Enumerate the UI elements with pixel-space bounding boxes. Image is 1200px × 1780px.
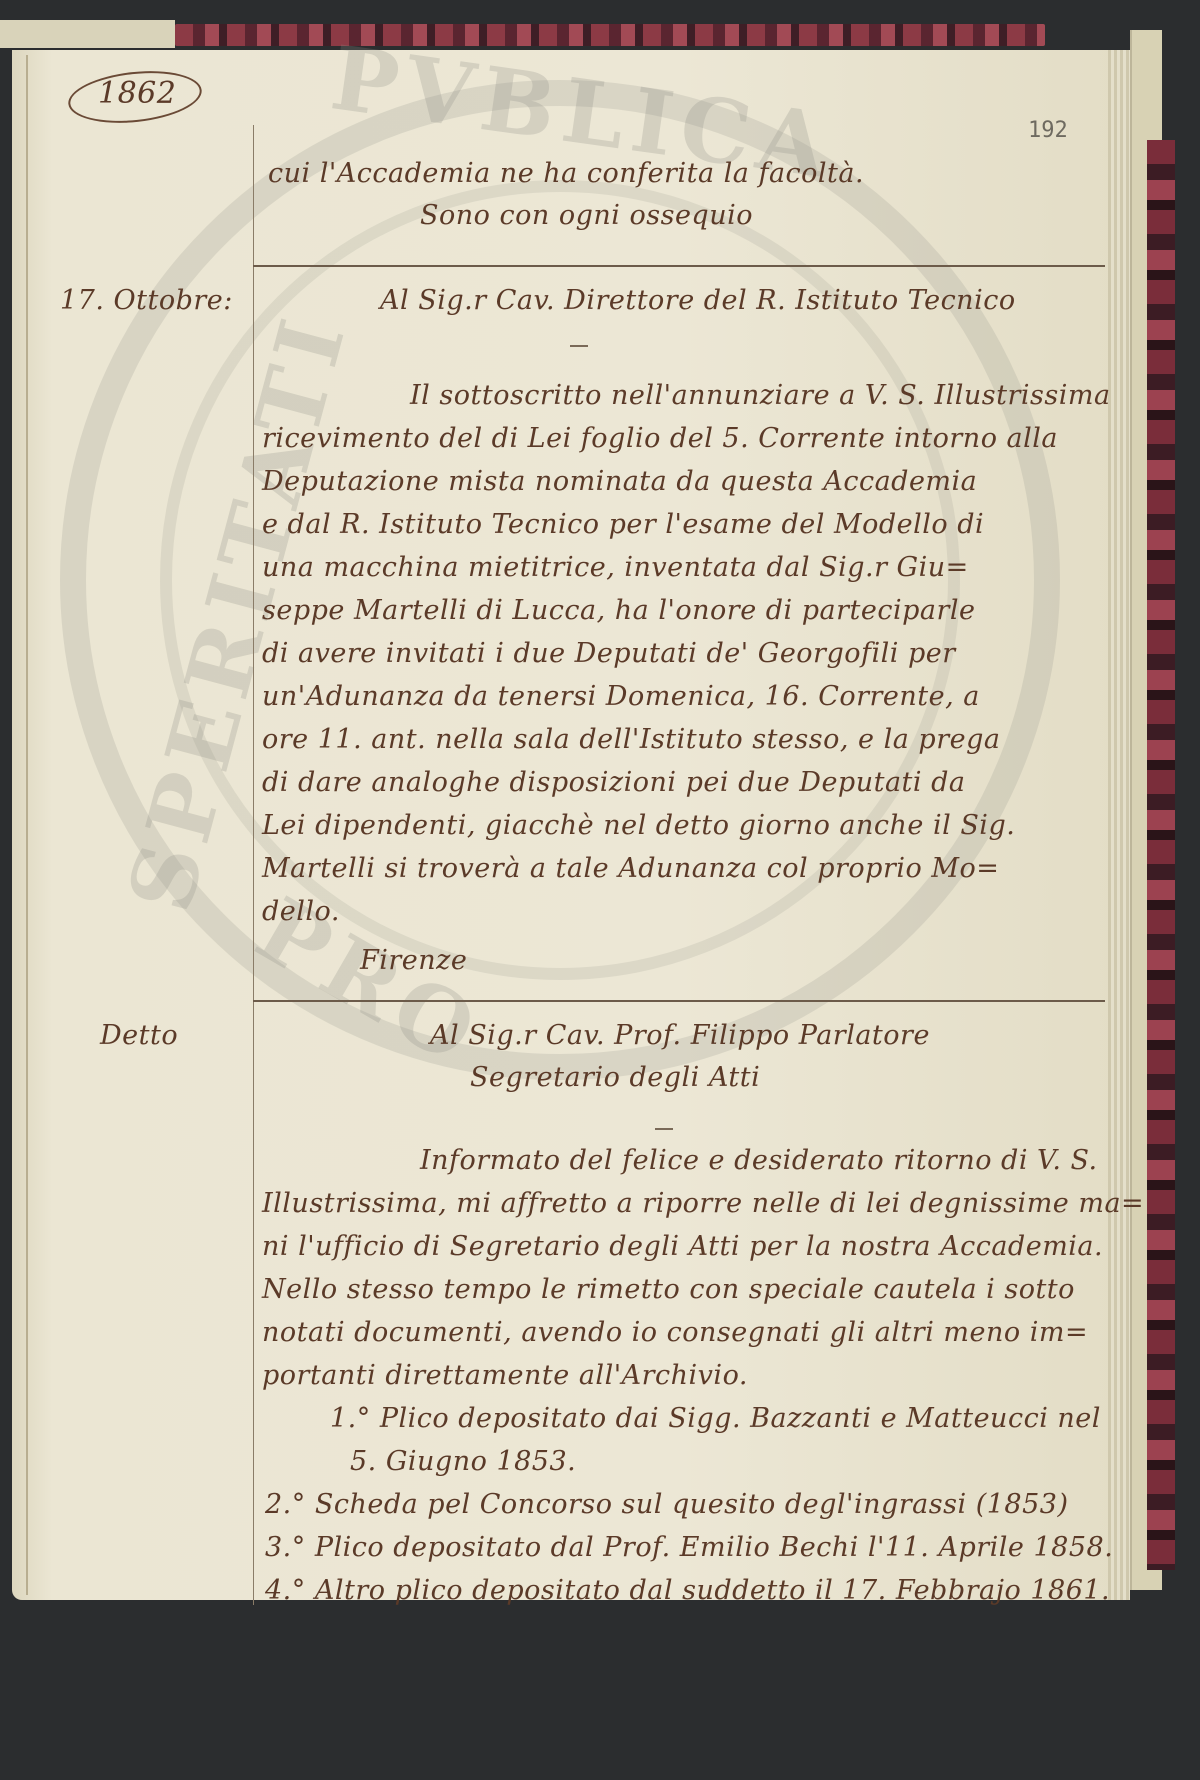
letter-line: Informato del felice e desiderato ritorn… xyxy=(420,1145,1098,1176)
page-stack-edge xyxy=(1108,50,1130,1600)
marbled-cover-top xyxy=(175,24,1045,46)
continuation-closing: Sono con ogni ossequio xyxy=(420,200,753,231)
letter-line: seppe Martelli di Lucca, ha l'onore di p… xyxy=(262,595,976,626)
letter-place: Firenze xyxy=(360,945,467,976)
letter-line: di avere invitati i due Deputati de' Geo… xyxy=(262,638,956,669)
entry-addressee: Al Sig.r Cav. Direttore del R. Istituto … xyxy=(380,285,1016,316)
letter-line: Martelli si troverà a tale Adunanza col … xyxy=(262,853,999,884)
separator-dash xyxy=(570,345,588,347)
entry-addressee: Al Sig.r Cav. Prof. Filippo Parlatore xyxy=(430,1020,930,1051)
left-margin-line xyxy=(26,55,28,1595)
letter-line: portanti direttamente all'Archivio. xyxy=(262,1360,748,1391)
continuation-line-1: cui l'Accademia ne ha conferita la facol… xyxy=(268,158,864,189)
date-column-rule xyxy=(253,125,254,1605)
entry-divider-2 xyxy=(253,1000,1105,1002)
letter-line: ore 11. ant. nella sala dell'Istituto st… xyxy=(262,724,1000,755)
letter-line: ni l'ufficio di Segretario degli Atti pe… xyxy=(262,1231,1103,1262)
letter-line: Nello stesso tempo le rimetto con specia… xyxy=(262,1274,1075,1305)
document-list-item: 2.° Scheda pel Concorso sul quesito degl… xyxy=(265,1489,1068,1520)
year-marker: 1862 xyxy=(98,76,176,111)
separator-dash xyxy=(655,1128,673,1130)
entry-date: 17. Ottobre: xyxy=(60,285,233,316)
document-list-item: 5. Giugno 1853. xyxy=(350,1446,576,1477)
letter-line: un'Adunanza da tenersi Domenica, 16. Cor… xyxy=(262,681,980,712)
letter-line: una macchina mietitrice, inventata dal S… xyxy=(262,552,969,583)
entry-addressee-title: Segretario degli Atti xyxy=(470,1062,760,1093)
letter-line: di dare analoghe disposizioni pei due De… xyxy=(262,767,966,798)
binding-top-fold xyxy=(0,20,175,48)
letter-line: Lei dipendenti, giacchè nel detto giorno… xyxy=(262,810,1015,841)
letter-line: dello. xyxy=(262,896,340,927)
letter-line: ricevimento del di Lei foglio del 5. Cor… xyxy=(262,423,1058,454)
document-list-item: 1.° Plico depositato dai Sigg. Bazzanti … xyxy=(330,1403,1101,1434)
marbled-cover-right xyxy=(1147,140,1175,1570)
letter-line: Deputazione mista nominata da questa Acc… xyxy=(262,466,977,497)
letter-line: Illustrissima, mi affretto a riporre nel… xyxy=(262,1188,1144,1219)
entry-date: Detto xyxy=(100,1020,178,1051)
document-list-item: 4.° Altro plico depositato dal suddetto … xyxy=(265,1575,1110,1606)
entry-divider-1 xyxy=(253,265,1105,267)
letter-line: Il sottoscritto nell'annunziare a V. S. … xyxy=(410,380,1111,411)
document-list-item: 3.° Plico depositato dal Prof. Emilio Be… xyxy=(265,1532,1113,1563)
letter-line: e dal R. Istituto Tecnico per l'esame de… xyxy=(262,509,984,540)
folio-number: 192 xyxy=(1028,118,1068,143)
letter-line: notati documenti, avendo io consegnati g… xyxy=(262,1317,1088,1348)
